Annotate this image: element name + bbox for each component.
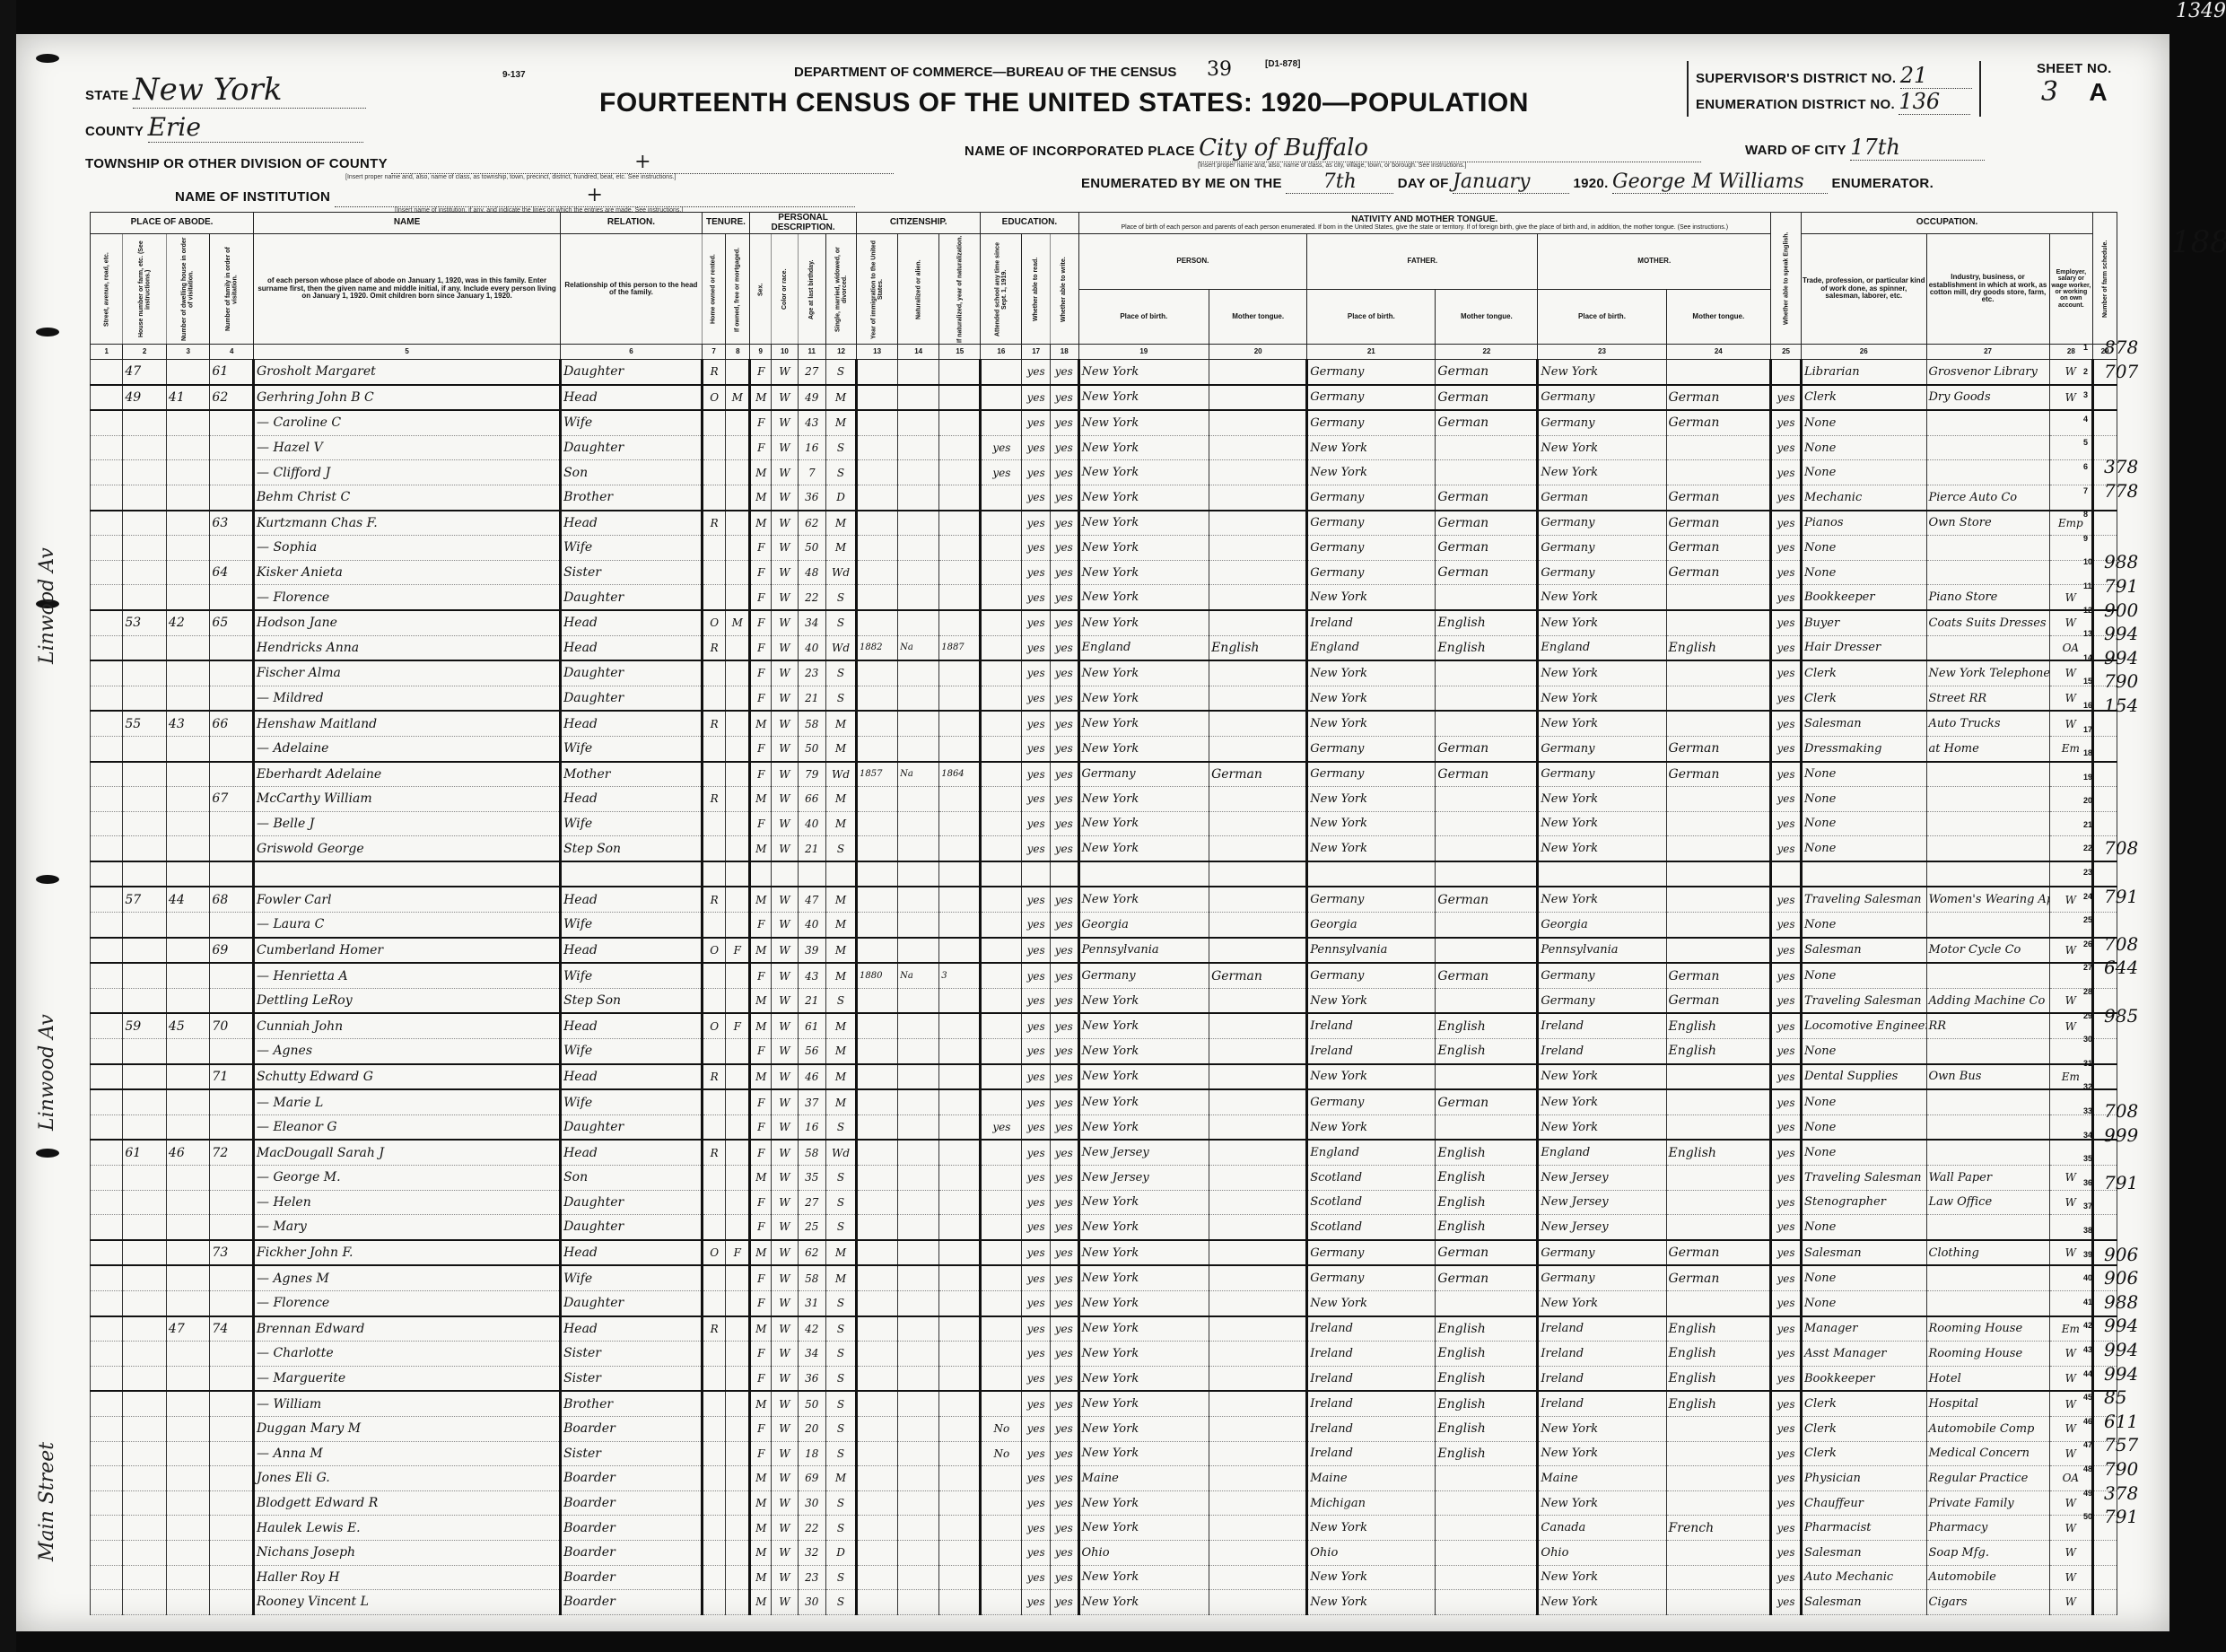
cell-relation: Head [561,610,703,635]
cell-mpob: New York [1538,1441,1666,1466]
cell-read: yes [1022,435,1051,460]
cell-relation: Head [561,887,703,912]
cell-sex: M [750,1466,772,1491]
cell-trade: None [1802,836,1927,861]
column-number: 9 [750,345,772,360]
cell-dwelling [166,1114,210,1140]
column-number: 20 [1209,345,1307,360]
enumerated-label: ENUMERATED BY ME ON THE [1081,176,1282,191]
cell-natyr [939,787,981,812]
census-row: Hendricks AnnaHeadRFW40Wd1882Na1887yesye… [91,635,2117,660]
cell-mtongue [1666,1064,1771,1090]
cell-fpob [1307,861,1436,887]
cell-pob: New York [1078,485,1209,510]
cell-ftongue: German [1436,511,1538,536]
cell-sex: M [750,1540,772,1565]
cell-pob: New York [1078,435,1209,460]
cell-trade: None [1802,435,1927,460]
cell-natyr [939,660,981,686]
cell-mpob: Germany [1538,1265,1666,1290]
cell-color: W [772,1516,798,1541]
cell-ftongue: English [1436,1366,1538,1391]
cell-owned: O [702,1240,726,1266]
cell-sex: M [750,1490,772,1516]
cell-color: W [772,1089,798,1114]
cell-pob: New York [1078,1366,1209,1391]
cell-marital: S [826,1366,857,1391]
cell-ftongue [1436,1114,1538,1140]
cell-tongue [1209,585,1307,610]
cell-dwelling [166,1190,210,1215]
cell-immig [857,536,898,561]
cell-marital: M [826,938,857,964]
cell-marital: M [826,711,857,736]
cell-mortgaged [726,1166,750,1191]
cell-pob: Maine [1078,1466,1209,1491]
cell-mtongue: German [1666,988,1771,1013]
cell-immig [857,1140,898,1165]
cell-english: yes [1771,811,1802,836]
cell-street [91,762,123,787]
cell-mtongue: German [1666,410,1771,435]
cell-industry [1926,410,2049,435]
cell-marital: Wd [826,762,857,787]
cell-immig [857,1391,898,1416]
cell-mpob: Ireland [1538,1013,1666,1038]
cell-family [210,836,254,861]
cell-natyr [939,1114,981,1140]
cell-marital: S [826,1416,857,1441]
cell-industry [1926,861,2049,887]
cell-family: 71 [210,1064,254,1090]
cell-read: yes [1022,1391,1051,1416]
cell-school: yes [981,435,1022,460]
margin-code: 644 [2104,956,2167,980]
cell-street [91,1590,123,1615]
cell-ftongue: English [1436,1441,1538,1466]
cell-read: yes [1022,1215,1051,1240]
cell-relation: Sister [561,560,703,585]
cell-mpob: New York [1538,787,1666,812]
cell-mpob: New Jersey [1538,1190,1666,1215]
cell-owned: R [702,1064,726,1090]
cell-owned [702,1190,726,1215]
cell-mpob: Germany [1538,762,1666,787]
cell-write: yes [1050,1140,1078,1165]
cell-english: yes [1771,938,1802,964]
cell-english: yes [1771,1366,1802,1391]
group-education: EDUCATION. [981,213,1078,234]
cell-immig [857,1240,898,1266]
cell-mpob: England [1538,635,1666,660]
cell-nat [898,360,939,385]
cell-relation: Brother [561,1391,703,1416]
cell-name: Gerhring John B C [254,385,561,411]
column-number: 10 [772,345,798,360]
header-street: Street, avenue, road, etc. [91,234,123,345]
cell-fpob: Germany [1307,1240,1436,1266]
cell-industry: Coats Suits Dresses [1926,610,2049,635]
cell-trade: None [1802,1140,1927,1165]
cell-industry [1926,435,2049,460]
census-row: 4774Brennan EdwardHeadRMW42SyesyesNew Yo… [91,1316,2117,1342]
cell-trade: None [1802,560,1927,585]
cell-trade: None [1802,811,1927,836]
header-dwelling-number: Number of dwelling house in order of vis… [166,234,210,345]
cell-sex: M [750,988,772,1013]
cell-natyr [939,913,981,938]
cell-nat [898,1290,939,1315]
line-number: 16 [2083,694,2103,718]
cell-mortgaged [726,736,750,761]
cell-trade: None [1802,1089,1927,1114]
margin-code [2104,1027,2167,1052]
cell-industry: Hotel [1926,1366,2049,1391]
cell-family [210,1416,254,1441]
cell-natyr [939,988,981,1013]
column-number: 14 [898,345,939,360]
cell-english: yes [1771,1441,1802,1466]
cell-trade: Clerk [1802,385,1927,411]
line-number: 7 [2083,479,2103,503]
cell-marital: S [826,460,857,485]
margin-code: 378 [2104,455,2167,479]
census-table: PLACE OF ABODE. NAME RELATION. TENURE. P… [90,212,2117,1615]
form-number: 9-137 [502,70,526,80]
cell-family [210,1290,254,1315]
cell-family [210,1166,254,1191]
cell-marital: Wd [826,635,857,660]
cell-write: yes [1050,736,1078,761]
cell-immig [857,1316,898,1342]
margin-code [2104,527,2167,551]
cell-sex: F [750,1215,772,1240]
cell-color: W [772,660,798,686]
cell-mtongue: English [1666,1013,1771,1038]
cell-pob: New York [1078,560,1209,585]
cell-school [981,1215,1022,1240]
cell-mtongue [1666,938,1771,964]
margin-code: 791 [2104,885,2167,909]
cell-tongue [1209,1490,1307,1516]
census-row: Blodgett Edward RBoarderMW30SyesyesNew Y… [91,1490,2117,1516]
cell-english: yes [1771,1316,1802,1342]
cell-street [91,1215,123,1240]
line-number: 21 [2083,813,2103,837]
cell-write: yes [1050,1416,1078,1441]
cell-industry: Medical Concern [1926,1441,2049,1466]
cell-write: yes [1050,1240,1078,1266]
cell-employer: W [2049,1540,2093,1565]
punch-hole [36,54,59,63]
cell-owned [702,1466,726,1491]
cell-natyr [939,1039,981,1064]
cell-school [981,861,1022,887]
cell-immig [857,1590,898,1615]
census-row: — FlorenceDaughterFW31SyesyesNew YorkNew… [91,1290,2117,1315]
cell-marital: M [826,1013,857,1038]
cell-marital: M [826,536,857,561]
cell-dwelling: 42 [166,610,210,635]
cell-name: — William [254,1391,561,1416]
cell-read: yes [1022,610,1051,635]
cell-color: W [772,585,798,610]
cell-natyr [939,1565,981,1590]
margin-code [2104,718,2167,742]
enumerator-label: ENUMERATOR. [1831,176,1934,191]
line-number: 10 [2083,550,2103,574]
cell-family: 63 [210,511,254,536]
cell-dwelling [166,1039,210,1064]
cell-owned [702,1089,726,1114]
cell-read: yes [1022,385,1051,411]
cell-industry [1926,787,2049,812]
cell-industry: Own Bus [1926,1064,2049,1090]
line-number: 25 [2083,908,2103,932]
cell-pob: New York [1078,610,1209,635]
cell-english: yes [1771,1240,1802,1266]
cell-name: Cunniah John [254,1013,561,1038]
cell-sex: M [750,938,772,964]
cell-name: MacDougall Sarah J [254,1140,561,1165]
cell-school [981,762,1022,787]
cell-mortgaged [726,360,750,385]
cell-nat [898,1366,939,1391]
header-farm-schedule: Number of farm schedule. [2093,213,2117,345]
cell-ftongue: English [1436,1140,1538,1165]
cell-read: yes [1022,1366,1051,1391]
cell-family [210,861,254,887]
cell-sex: M [750,1516,772,1541]
cell-family [210,585,254,610]
cell-street [91,836,123,861]
cell-read: yes [1022,1540,1051,1565]
cell-color: W [772,410,798,435]
census-row: 71Schutty Edward GHeadRMW46MyesyesNew Yo… [91,1064,2117,1090]
cell-pob: New York [1078,1316,1209,1342]
cell-tongue: English [1209,635,1307,660]
cell-marital: M [826,787,857,812]
cell-tongue [1209,1565,1307,1590]
cell-owned: R [702,1316,726,1342]
cell-mtongue [1666,1540,1771,1565]
cell-name: Rooney Vincent L [254,1590,561,1615]
cell-house [123,1215,167,1240]
cell-street [91,861,123,887]
group-tenure: TENURE. [702,213,749,234]
cell-trade: None [1802,460,1927,485]
cell-ftongue: German [1436,410,1538,435]
cell-fpob: Germany [1307,511,1436,536]
cell-mortgaged: M [726,610,750,635]
margin-code: 707 [2104,360,2167,384]
cell-dwelling [166,1490,210,1516]
cell-ftongue: German [1436,385,1538,411]
cell-dwelling [166,410,210,435]
cell-mtongue: German [1666,736,1771,761]
cell-trade: None [1802,536,1927,561]
census-row: Haulek Lewis E.BoarderMW22SyesyesNew Yor… [91,1516,2117,1541]
census-row: — Caroline CWifeFW43MyesyesNew YorkGerma… [91,410,2117,435]
cell-dwelling [166,1265,210,1290]
cell-pob: New York [1078,711,1209,736]
column-number: 24 [1666,345,1771,360]
cell-marital: S [826,1565,857,1590]
cell-industry: Law Office [1926,1190,2049,1215]
cell-mpob: New York [1538,887,1666,912]
cell-fpob: New York [1307,460,1436,485]
cell-age: 48 [798,560,826,585]
cell-name: Behm Christ C [254,485,561,510]
line-number: 12 [2083,599,2103,623]
cell-natyr [939,460,981,485]
header-owned-rented: Home owned or rented. [702,234,726,345]
cell-marital: M [826,736,857,761]
cell-name: — Adelaine [254,736,561,761]
cell-owned: R [702,511,726,536]
cell-color: W [772,736,798,761]
cell-name: — Charlotte [254,1342,561,1367]
line-number: 33 [2083,1099,2103,1123]
cell-family [210,1516,254,1541]
cell-mpob: Germany [1538,1240,1666,1266]
cell-ftongue: English [1436,1013,1538,1038]
cell-house [123,1240,167,1266]
cell-write: yes [1050,1114,1078,1140]
cell-sex: M [750,1565,772,1590]
cell-immig: 1857 [857,762,898,787]
cell-mortgaged [726,711,750,736]
cell-fpob: Ireland [1307,1039,1436,1064]
cell-owned: R [702,887,726,912]
cell-write: yes [1050,1391,1078,1416]
enumeration-date-field: ENUMERATED BY ME ON THE 7th DAY OF Janua… [1081,170,1934,194]
cell-color: W [772,1039,798,1064]
cell-family [210,1391,254,1416]
cell-mtongue [1666,435,1771,460]
enumerated-month: January [1453,170,1569,194]
cell-tongue [1209,1590,1307,1615]
cell-immig [857,1089,898,1114]
cell-dwelling [166,1466,210,1491]
cell-pob: New York [1078,1441,1209,1466]
cell-immig: 1882 [857,635,898,660]
cell-age: 21 [798,686,826,711]
line-number: 22 [2083,836,2103,861]
cell-write: yes [1050,385,1078,411]
cell-ftongue: English [1436,1215,1538,1240]
ward-value: 17th [1850,135,1985,161]
cell-english: yes [1771,1190,1802,1215]
cell-sex: F [750,635,772,660]
cell-industry [1926,1215,2049,1240]
cell-read: yes [1022,1316,1051,1342]
margin-code [2104,1194,2167,1219]
cell-color: W [772,686,798,711]
cell-name: — Marie L [254,1089,561,1114]
cell-dwelling [166,1089,210,1114]
cell-owned: O [702,385,726,411]
cell-nat [898,787,939,812]
cell-marital: S [826,1290,857,1315]
cell-dwelling [166,1441,210,1466]
cell-mpob [1538,861,1666,887]
cell-nat [898,736,939,761]
cell-sex: F [750,913,772,938]
department-title: DEPARTMENT OF COMMERCE—BUREAU OF THE CEN… [794,65,1176,81]
cell-fpob: New York [1307,1565,1436,1590]
cell-fpob: Ireland [1307,1441,1436,1466]
cell-trade: None [1802,1290,1927,1315]
column-number: 2 [123,345,167,360]
cell-tongue: German [1209,963,1307,988]
group-personal-description: PERSONAL DESCRIPTION. [750,213,857,234]
cell-ftongue: German [1436,360,1538,385]
cell-dwelling: 45 [166,1013,210,1038]
cell-trade: Salesman [1802,938,1927,964]
cell-ftongue [1436,711,1538,736]
cell-nat [898,1316,939,1342]
cell-natyr [939,385,981,411]
cell-dwelling [166,913,210,938]
cell-immig [857,360,898,385]
cell-street [91,1089,123,1114]
cell-sex: F [750,1290,772,1315]
column-number: 16 [981,345,1022,360]
cell-name: Hendricks Anna [254,635,561,660]
cell-marital: M [826,811,857,836]
cell-natyr [939,536,981,561]
cell-marital: M [826,1240,857,1266]
cell-pob: Germany [1078,762,1209,787]
cell-house [123,1516,167,1541]
cell-fpob: Pennsylvania [1307,938,1436,964]
cell-name: — Agnes [254,1039,561,1064]
cell-write: yes [1050,1366,1078,1391]
line-number: 19 [2083,765,2103,790]
cell-ftongue: English [1436,1316,1538,1342]
cell-marital: S [826,1441,857,1466]
corner-number: 1349 [2176,0,2226,22]
cell-ftongue [1436,585,1538,610]
cell-relation: Daughter [561,1114,703,1140]
street-annotation: Linwood Av [36,897,58,1131]
cell-mpob: New York [1538,1416,1666,1441]
cell-pob: New York [1078,1039,1209,1064]
line-number: 15 [2083,669,2103,694]
incorporated-place-label: NAME OF INCORPORATED PLACE [965,144,1195,159]
cell-name: Nichans Joseph [254,1540,561,1565]
township-value: + [391,151,894,174]
cell-marital: S [826,1490,857,1516]
cell-school [981,1391,1022,1416]
cell-read: yes [1022,1441,1051,1466]
cell-marital: S [826,360,857,385]
cell-house [123,963,167,988]
cell-school [981,938,1022,964]
cell-trade: Traveling Salesman [1802,887,1927,912]
cell-owned [702,536,726,561]
cell-pob [1078,861,1209,887]
cell-owned [702,736,726,761]
cell-relation: Head [561,711,703,736]
cell-relation [561,861,703,887]
cell-relation: Daughter [561,660,703,686]
column-number: 6 [561,345,703,360]
cell-relation: Wife [561,1265,703,1290]
cell-immig [857,1114,898,1140]
header-immigration-year: Year of immigration to the United States… [857,234,898,345]
